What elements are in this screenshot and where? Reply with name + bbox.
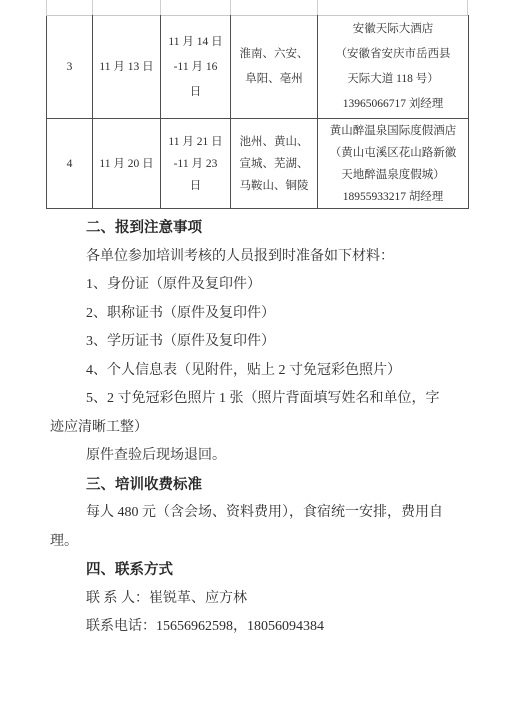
section-heading-training-fees: 三、培训收费标准 [50, 471, 480, 500]
material-item-title-certificate: 2、职称证书（原件及复印件） [50, 300, 480, 329]
material-item-id-card: 1、身份证（原件及复印件） [50, 271, 480, 300]
cities-cell: 淮南、六安、 阜阳、亳州 [231, 16, 318, 119]
training-dates-cell: 11 月 21 日 -11 月 23 日 [161, 119, 231, 209]
training-dates-cell: 11 月 14 日 -11 月 16 日 [161, 16, 231, 119]
table-column-line-stub [92, 0, 93, 16]
material-item-photo: 5、2 寸免冠彩色照片 1 张（照片背面填写姓名和单位，字 [50, 385, 480, 414]
venue-cell: 安徽天际大酒店 （安徽省安庆市岳西县 天际大道 118 号） 139650667… [318, 16, 469, 119]
document-body: 二、报到注意事项 各单位参加培训考核的人员报到时准备如下材料： 1、身份证（原件… [50, 214, 480, 642]
table-column-line-stub [317, 0, 318, 16]
originals-returned-note: 原件查验后现场退回。 [50, 442, 480, 471]
report-date-cell: 11 月 13 日 [93, 16, 161, 119]
table-row: 4 11 月 20 日 11 月 21 日 -11 月 23 日 池州、黄山、 … [47, 119, 469, 209]
fee-description: 每人 480 元（含会场、资料费用），食宿统一安排，费用自 [50, 499, 480, 528]
table-column-line-stub [46, 0, 47, 16]
material-item-info-form: 4、个人信息表（见附件，贴上 2 寸免冠彩色照片） [50, 357, 480, 386]
fee-description-continued: 理。 [50, 528, 480, 557]
document-page: 3 11 月 13 日 11 月 14 日 -11 月 16 日 淮南、六安、 … [0, 0, 523, 713]
table-column-line-stub [160, 0, 161, 16]
cities-cell: 池州、黄山、 宣城、芜湖、 马鞍山、铜陵 [231, 119, 318, 209]
table-column-line-stub [230, 0, 231, 16]
table-column-line-stub [467, 0, 468, 16]
report-date-cell: 11 月 20 日 [93, 119, 161, 209]
training-schedule-table: 3 11 月 13 日 11 月 14 日 -11 月 16 日 淮南、六安、 … [46, 15, 469, 209]
section-heading-contact-info: 四、联系方式 [50, 556, 480, 585]
material-item-photo-continued: 迹应清晰工整） [50, 414, 480, 443]
venue-cell: 黄山醉温泉国际度假酒店 （黄山屯溪区花山路新徽 天地醉温泉度假城） 189559… [318, 119, 469, 209]
contact-person-line: 联 系 人：崔锐革、应方林 [50, 585, 480, 614]
session-number-cell: 4 [47, 119, 93, 209]
registration-intro: 各单位参加培训考核的人员报到时准备如下材料： [50, 243, 480, 272]
table-row: 3 11 月 13 日 11 月 14 日 -11 月 16 日 淮南、六安、 … [47, 16, 469, 119]
contact-phone-line: 联系电话：15656962598，18056094384 [50, 613, 480, 642]
material-item-diploma: 3、学历证书（原件及复印件） [50, 328, 480, 357]
section-heading-registration-notes: 二、报到注意事项 [50, 214, 480, 243]
session-number-cell: 3 [47, 16, 93, 119]
